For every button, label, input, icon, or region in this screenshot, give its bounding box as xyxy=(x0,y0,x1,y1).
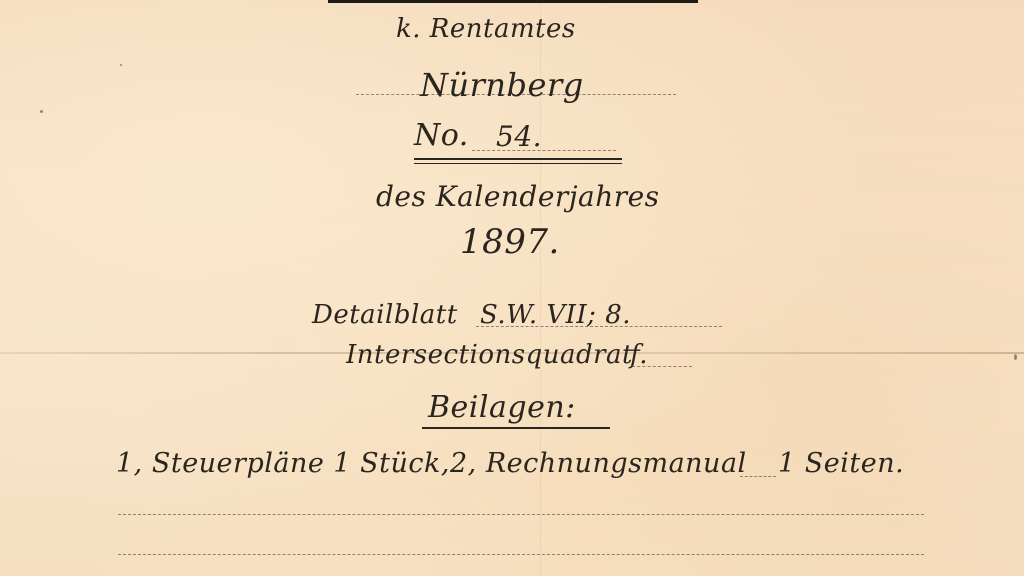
attachment-2-dotted-line xyxy=(740,476,776,477)
blank-dotted-line-1 xyxy=(118,514,924,515)
attachments-heading: Beilagen: xyxy=(428,390,576,425)
year-label-line: des Kalenderjahres xyxy=(376,180,660,213)
top-edge-bar xyxy=(328,0,698,3)
year-value: 1897. xyxy=(460,222,560,262)
paper-speck xyxy=(40,110,43,113)
attachment-item-1: 1, Steuerpläne 1 Stück, xyxy=(116,448,450,479)
paper-speck xyxy=(1014,354,1017,360)
place-line: Nürnberg xyxy=(420,66,584,104)
number-dotted-line xyxy=(472,150,616,151)
attachment-item-2-count: 1 Seiten. xyxy=(778,448,904,479)
attachments-underline xyxy=(422,427,610,429)
blank-dotted-line-2 xyxy=(118,554,924,555)
paper-speck xyxy=(120,64,122,66)
intersection-label: Intersectionsquadrat xyxy=(346,340,633,370)
number-label: No. xyxy=(414,118,469,153)
office-line: k. Rentamtes xyxy=(396,14,576,44)
detail-value: S.W. VII; 8. xyxy=(480,300,631,330)
detail-label: Detailblatt xyxy=(312,300,458,330)
number-value: 54. xyxy=(496,120,542,153)
intersection-value: f. xyxy=(630,340,648,370)
attachment-item-2: 2, Rechnungsmanual xyxy=(450,448,747,479)
number-double-underline-2 xyxy=(414,163,622,164)
number-double-underline-1 xyxy=(414,158,622,160)
